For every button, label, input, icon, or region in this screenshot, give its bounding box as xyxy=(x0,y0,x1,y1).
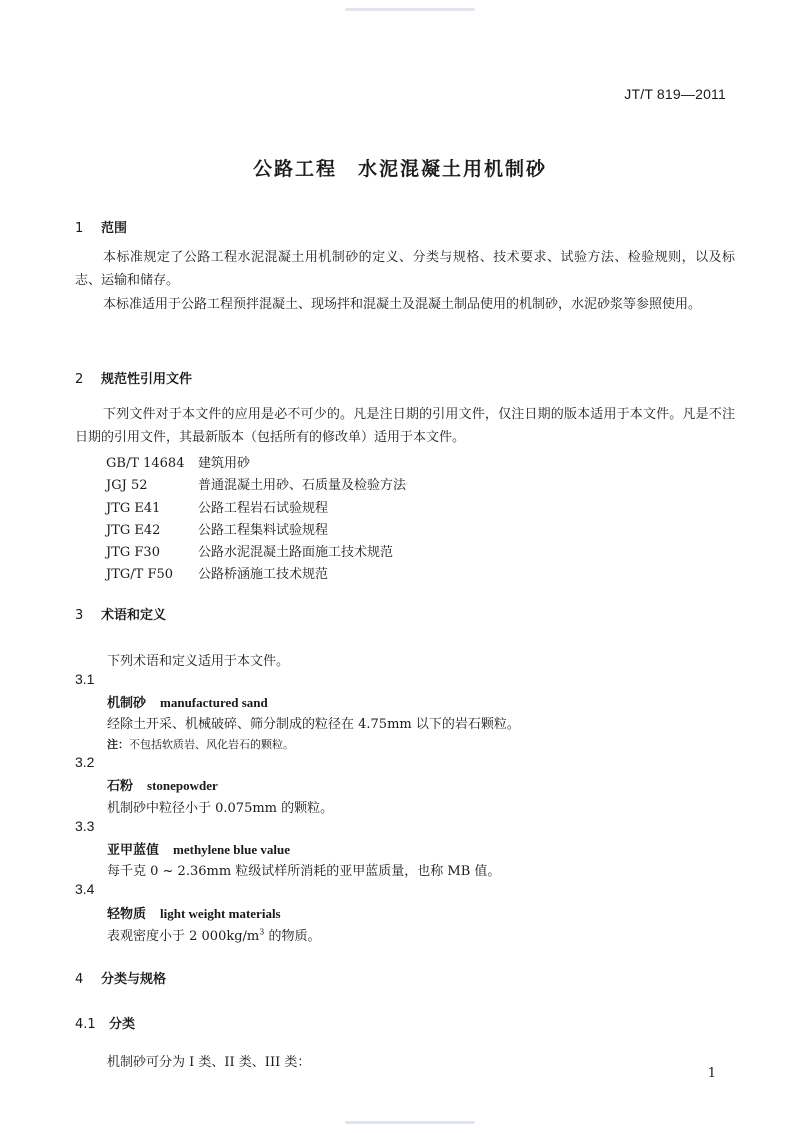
reference-code: JTG E42 xyxy=(106,523,198,538)
reference-item: JTG F30公路水泥混凝土路面施工技术规范 xyxy=(106,541,393,560)
term-zh: 轻物质 xyxy=(107,907,146,922)
term-number: 3.2 xyxy=(75,754,94,770)
term-title: 石粉stonepowder xyxy=(107,775,218,794)
reference-title: 建筑用砂 xyxy=(198,456,250,471)
definition-text: 的物质。 xyxy=(264,929,320,944)
term-zh: 机制砂 xyxy=(107,696,146,711)
reference-title: 普通混凝土用砂、石质量及检验方法 xyxy=(198,478,406,493)
term-zh: 石粉 xyxy=(107,779,133,794)
term-number: 3.4 xyxy=(75,881,94,897)
reference-item: JGJ 52普通混凝土用砂、石质量及检验方法 xyxy=(106,474,406,493)
subsection-number: 4.1 xyxy=(75,1017,109,1032)
reference-code: GB/T 14684 xyxy=(106,456,198,471)
term-definition: 每千克 0 ~ 2.36mm 粒级试样所消耗的亚甲蓝质量，也称 MB 值。 xyxy=(107,860,500,879)
reference-title: 公路工程集料试验规程 xyxy=(198,523,328,538)
term-title: 机制砂manufactured sand xyxy=(107,692,268,711)
definition-text: 表观密度小于 2 000kg/m xyxy=(107,929,259,944)
term-en: stonepowder xyxy=(147,778,218,793)
watermark-bottom xyxy=(345,1121,475,1124)
section-title: 规范性引用文件 xyxy=(101,372,192,387)
section-title: 范围 xyxy=(101,221,127,236)
section-4-heading: 4分类与规格 xyxy=(75,968,166,987)
page-number: 1 xyxy=(708,1066,716,1081)
reference-title: 公路工程岩石试验规程 xyxy=(198,501,328,516)
term-title: 亚甲蓝值methylene blue value xyxy=(107,839,290,858)
term-en: light weight materials xyxy=(160,906,281,921)
paragraph: 本标准适用于公路工程预拌混凝土、现场拌和混凝土及混凝土制品使用的机制砂，水泥砂浆… xyxy=(75,293,735,316)
paragraph: 机制砂可分为 I 类、II 类、III 类： xyxy=(107,1051,310,1070)
section-3-heading: 3术语和定义 xyxy=(75,604,166,623)
reference-code: JTG F30 xyxy=(106,545,198,560)
term-definition: 机制砂中粒径小于 0.075mm 的颗粒。 xyxy=(107,797,333,816)
section-number: 2 xyxy=(75,372,101,387)
term-en: manufactured sand xyxy=(160,695,268,710)
term-title: 轻物质light weight materials xyxy=(107,903,281,922)
term-zh: 亚甲蓝值 xyxy=(107,843,159,858)
reference-title: 公路水泥混凝土路面施工技术规范 xyxy=(198,545,393,560)
term-definition: 表观密度小于 2 000kg/m3 的物质。 xyxy=(107,925,321,944)
reference-item: GB/T 14684建筑用砂 xyxy=(106,452,250,471)
reference-item: JTG E41公路工程岩石试验规程 xyxy=(106,497,328,516)
subsection-4-1-heading: 4.1分类 xyxy=(75,1013,135,1032)
paragraph: 下列文件对于本文件的应用是必不可少的。凡是注日期的引用文件，仅注日期的版本适用于… xyxy=(75,403,735,449)
reference-code: JTG/T F50 xyxy=(106,567,198,582)
reference-title: 公路桥涵施工技术规范 xyxy=(198,567,328,582)
watermark-top xyxy=(345,8,475,11)
reference-item: JTG/T F50公路桥涵施工技术规范 xyxy=(106,563,328,582)
section-3-intro: 下列术语和定义适用于本文件。 xyxy=(107,650,289,669)
section-title: 术语和定义 xyxy=(101,608,166,623)
section-2-heading: 2规范性引用文件 xyxy=(75,368,192,387)
standard-code: JT/T 819—2011 xyxy=(624,86,726,102)
document-title: 公路工程 水泥混凝土用机制砂 xyxy=(0,154,800,181)
term-note: 注：不包括软质岩、风化岩石的颗粒。 xyxy=(107,736,294,752)
term-number: 3.3 xyxy=(75,818,94,834)
section-number: 1 xyxy=(75,221,101,236)
note-label: 注： xyxy=(107,738,129,751)
term-en: methylene blue value xyxy=(173,842,290,857)
section-number: 4 xyxy=(75,972,101,987)
reference-code: JGJ 52 xyxy=(106,478,198,493)
term-number: 3.1 xyxy=(75,671,94,687)
note-text: 不包括软质岩、风化岩石的颗粒。 xyxy=(129,738,294,751)
section-number: 3 xyxy=(75,608,101,623)
term-definition: 经除土开采、机械破碎、筛分制成的粒径在 4.75mm 以下的岩石颗粒。 xyxy=(107,713,520,732)
subsection-title: 分类 xyxy=(109,1017,135,1032)
paragraph: 本标准规定了公路工程水泥混凝土用机制砂的定义、分类与规格、技术要求、试验方法、检… xyxy=(75,246,735,292)
section-1-heading: 1范围 xyxy=(75,217,127,236)
reference-code: JTG E41 xyxy=(106,501,198,516)
section-title: 分类与规格 xyxy=(101,972,166,987)
reference-item: JTG E42公路工程集料试验规程 xyxy=(106,519,328,538)
